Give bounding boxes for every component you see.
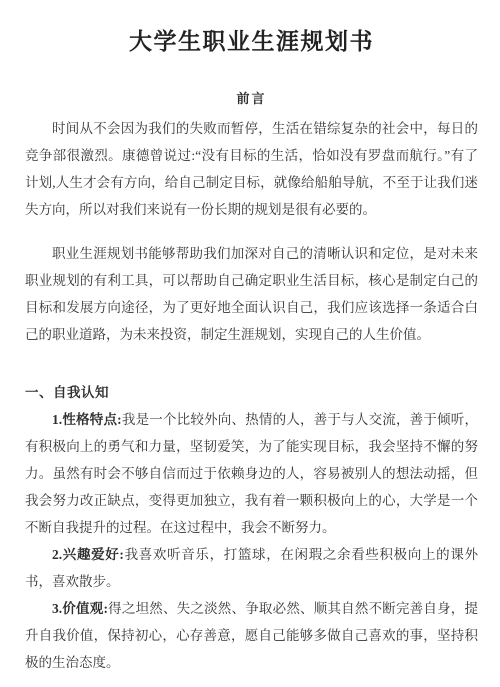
list-item-hobbies: 2.兴趣爱好:我喜欢听音乐，打篮球，在闲瑕之余看些积极向上的课外书，喜欢散步。	[25, 541, 478, 595]
item-label-hobbies: 2.兴趣爱好:	[52, 547, 124, 562]
item-text-personality: 我是一个比较外向、热情的人，善于与人交流，善于倾听，有积极向上的勇气和力量，坚韧…	[25, 412, 478, 535]
preface-paragraph-2: 职业生涯规划书能够帮助我们加深对自己的清晰认识和定位，是对未来职业规划的有利工具…	[25, 240, 478, 348]
item-label-personality: 1.性格特点:	[52, 412, 122, 427]
item-label-values: 3.价值观:	[52, 601, 108, 616]
preface-paragraph-1: 时间从不会因为我们的失败而暂停，生活在错综复杂的社会中，每日的竞争部很激烈。康德…	[25, 115, 478, 223]
list-item-personality: 1.性格特点:我是一个比较外向、热情的人，善于与人交流，善于倾听，有积极向上的勇…	[25, 406, 478, 541]
section-heading-self-awareness: 一、自我认知	[25, 379, 478, 406]
document-title: 大学生职业生涯规划书	[25, 28, 478, 56]
preface-heading: 前言	[25, 92, 478, 106]
list-item-values: 3.价值观:得之坦然、失之淡然、争取必然、顺其自然不断完善自身，提升自我价值，保…	[25, 595, 478, 676]
document-page: 大学生职业生涯规划书 前言 时间从不会因为我们的失败而暂停，生活在错综复杂的社会…	[0, 0, 500, 687]
